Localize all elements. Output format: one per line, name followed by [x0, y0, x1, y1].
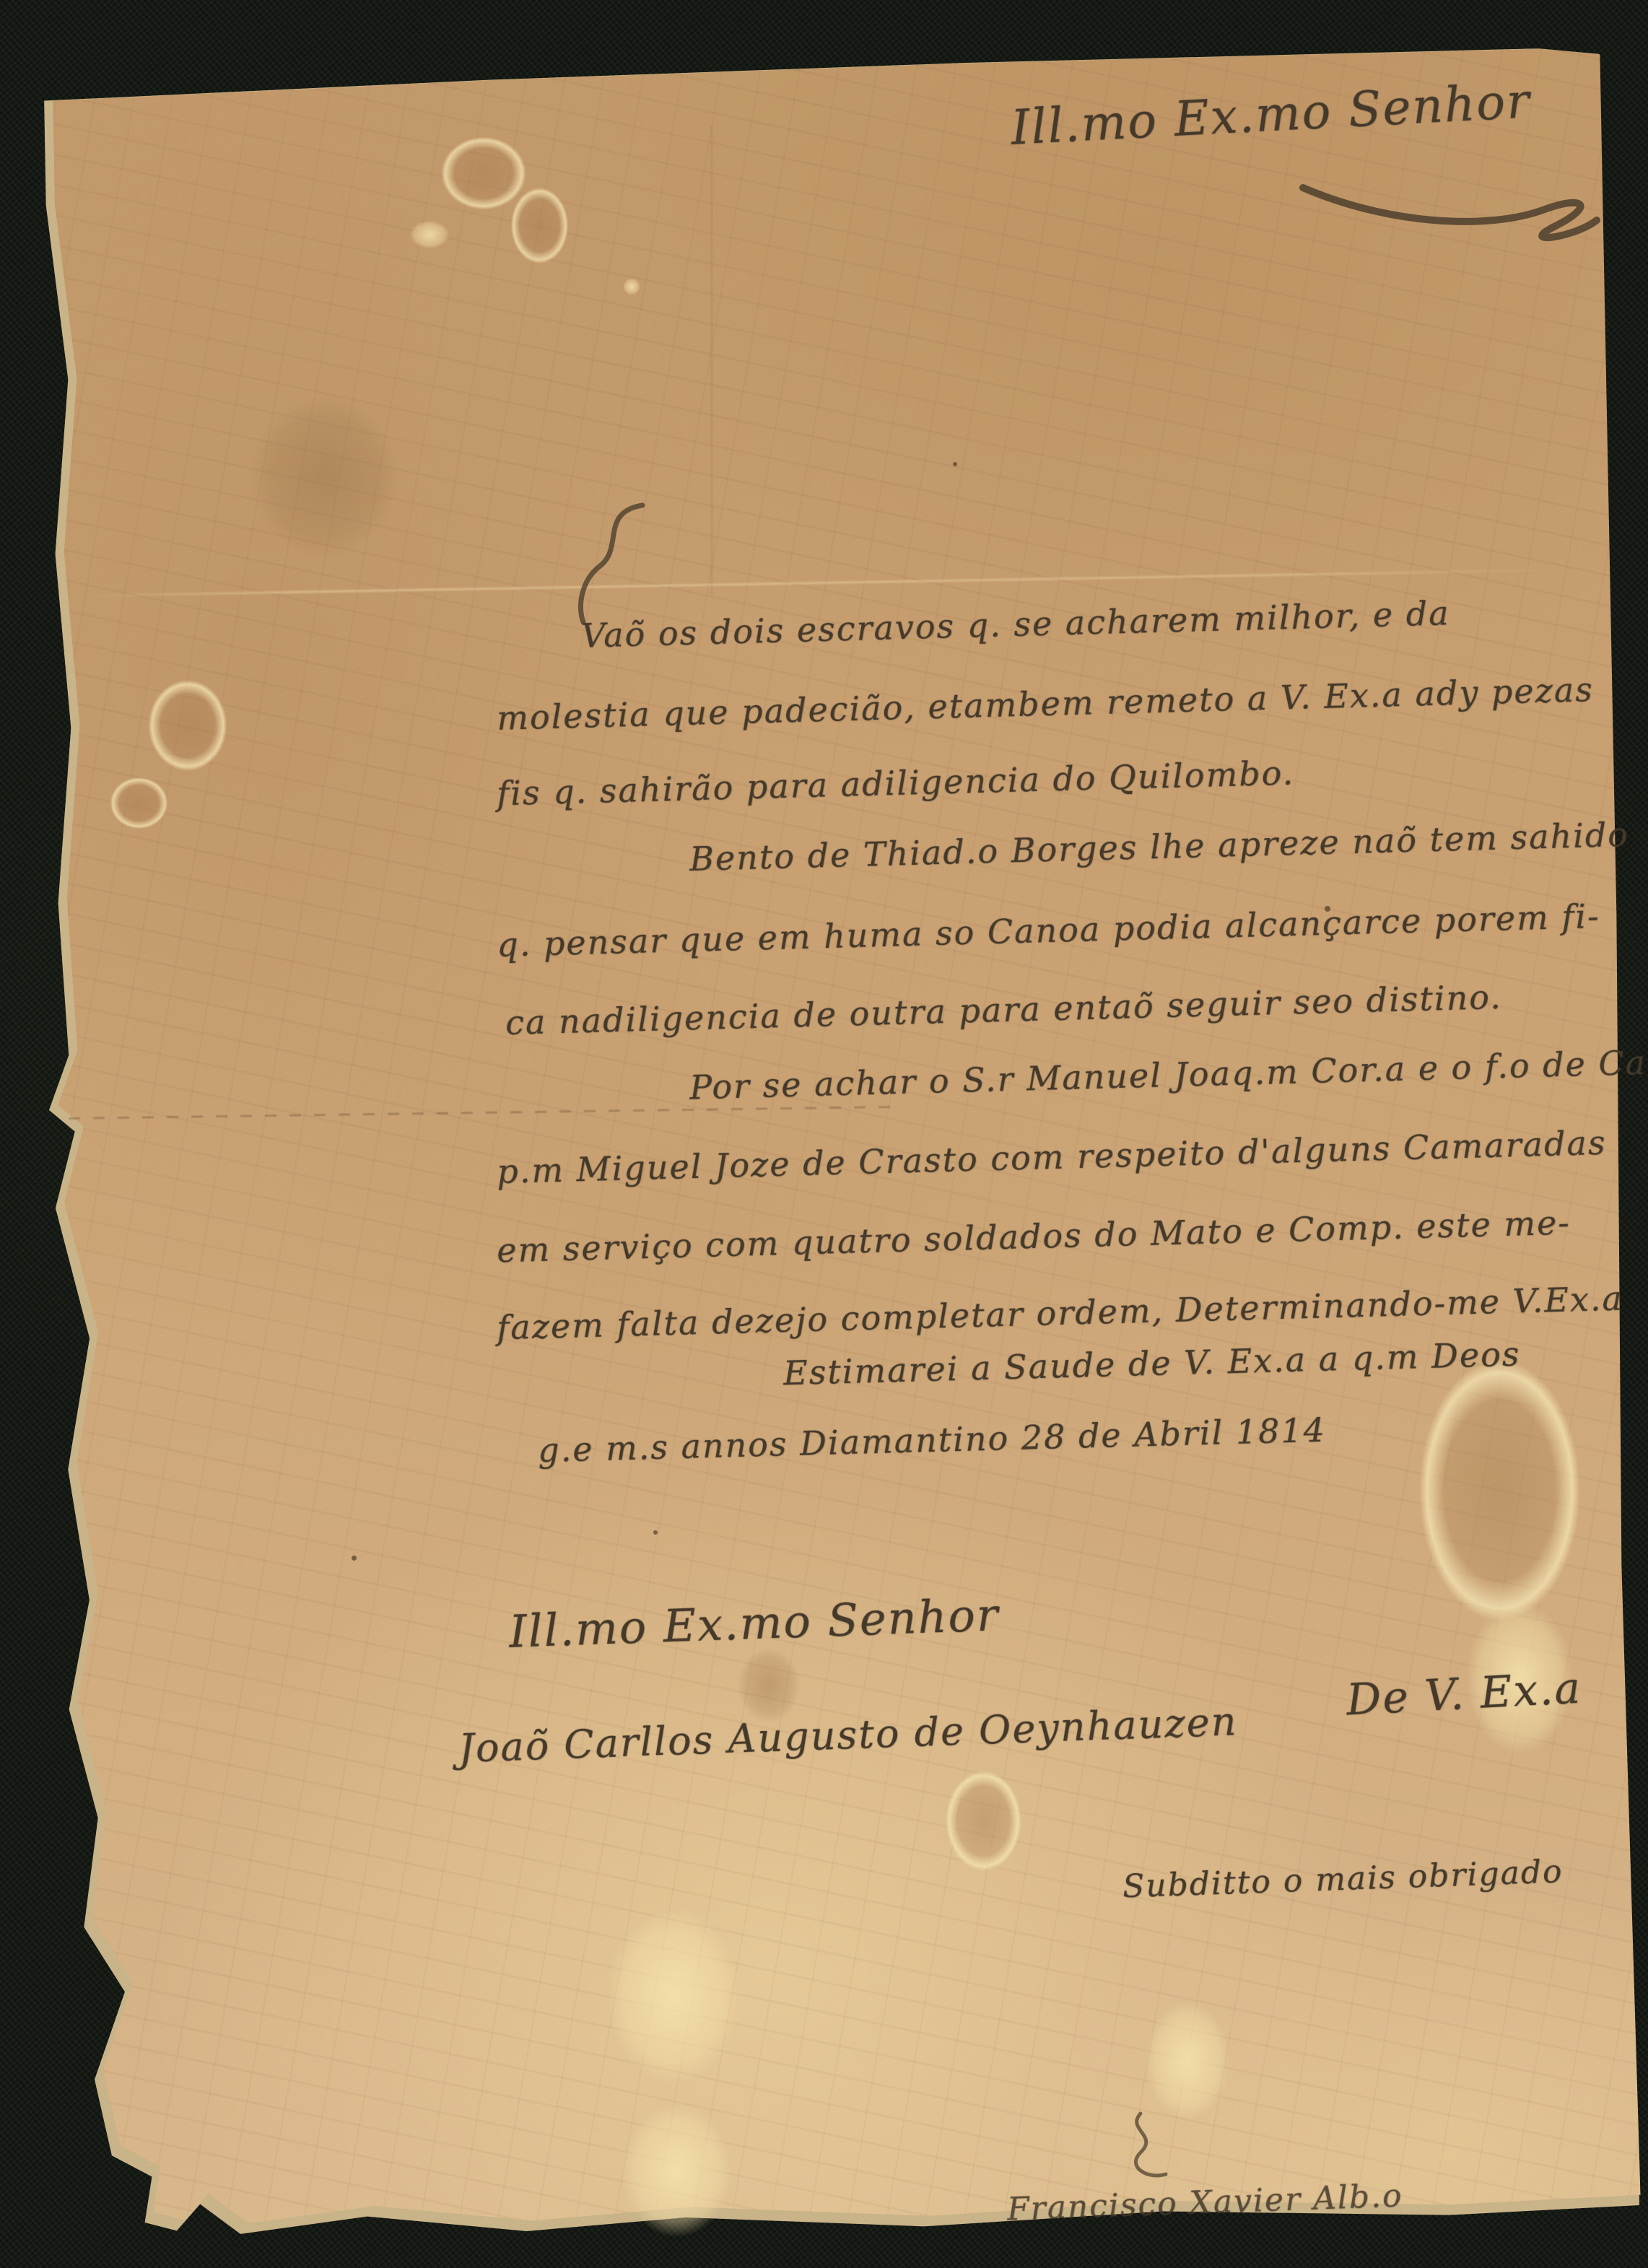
ink-speck [352, 1556, 357, 1561]
ink-speck [953, 462, 957, 466]
pen-flourish [1097, 2108, 1184, 2194]
pen-flourish [556, 498, 657, 628]
pen-flourish [1299, 170, 1603, 249]
fold-crease [711, 126, 712, 596]
ink-speck [653, 1530, 658, 1535]
photograph-of-letter: Ill.mo Ex.mo Senhor Vaõ os dois escravos… [0, 0, 1648, 2268]
